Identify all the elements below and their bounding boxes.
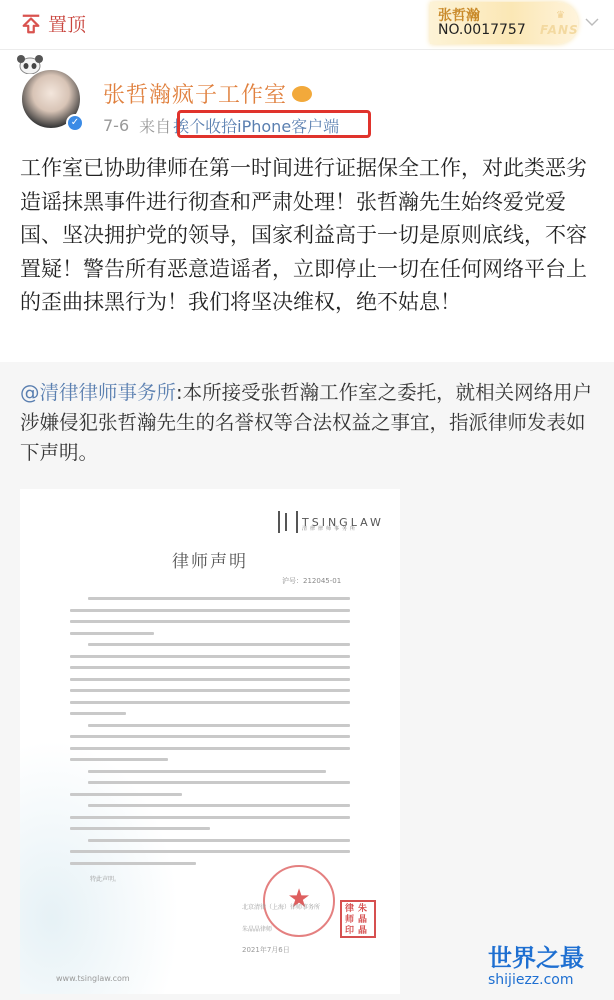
chop-char: 律: [345, 904, 358, 915]
logo-mark-icon: [278, 511, 298, 533]
post-body: 工作室已协助律师在第一时间进行证据保全工作，对此类恶劣造谣抹黑事件进行彻查和严肃…: [20, 152, 600, 320]
watermark-url: shijiezz.com: [488, 972, 608, 988]
fans-badge-number: NO.0017757: [438, 22, 526, 38]
chop-char: 印: [345, 926, 358, 937]
document-lawyer: 朱晶晶律师: [242, 924, 272, 933]
chop-char: 师: [345, 915, 358, 926]
top-bar: 置顶 张哲瀚 NO.0017757 ♛ FANS: [0, 0, 614, 50]
vip-crown-icon: [292, 86, 312, 102]
document-paragraphs: [70, 593, 350, 873]
site-watermark: 世界之最 shijiezz.com: [488, 944, 608, 988]
fans-label: FANS: [540, 23, 579, 37]
pin-label: 置顶: [48, 10, 86, 37]
pinned-indicator: 置顶: [20, 10, 86, 37]
document-closing: 特此声明。: [90, 874, 120, 883]
panda-pendant-icon: [16, 54, 44, 74]
repost-body: @清律律师事务所:本所接受张哲瀚工作室之委托，就相关网络用户涉嫌侵犯张哲瀚先生的…: [20, 378, 600, 468]
statement-document-image[interactable]: TSINGLAW 清律律师事务所 律师声明 沪号：212045-01: [20, 489, 400, 994]
document-signature: 北京清律（上海）律师事务所: [242, 902, 320, 911]
official-seal: ★: [263, 865, 335, 937]
pin-top-icon: [20, 13, 42, 35]
chevron-down-icon[interactable]: [584, 14, 600, 30]
document-footer: www.tsinglaw.com: [56, 974, 130, 983]
verified-badge-icon: ✓: [66, 114, 84, 132]
document-date: 2021年7月6日: [242, 945, 290, 955]
source-highlight-box: [177, 110, 371, 138]
chop-char: 晶: [358, 915, 371, 926]
chop-char: 晶: [358, 926, 371, 937]
source-prefix: 来自: [139, 114, 171, 137]
author-avatar-container[interactable]: ✓: [20, 68, 86, 134]
reposted-content[interactable]: @清律律师事务所:本所接受张哲瀚工作室之委托，就相关网络用户涉嫌侵犯张哲瀚先生的…: [0, 362, 614, 1000]
author-name[interactable]: 张哲瀚疯子工作室: [103, 78, 287, 109]
crown-icon: ♛: [556, 10, 565, 21]
watermark-title: 世界之最: [488, 944, 608, 972]
document-title: 律师声明: [20, 547, 400, 572]
chop-char: 朱: [358, 904, 371, 915]
mention-link[interactable]: @清律律师事务所: [20, 381, 176, 404]
logo-subtext: 清律律师事务所: [302, 525, 358, 532]
fans-badge[interactable]: 张哲瀚 NO.0017757 ♛ FANS: [430, 2, 578, 44]
lawyer-chop: 律 朱 师 晶 印 晶: [340, 900, 376, 938]
post-date: 7-6: [103, 116, 129, 135]
tsinglaw-logo: TSINGLAW 清律律师事务所: [278, 511, 384, 533]
document-ref: 沪号：212045-01: [282, 576, 341, 586]
